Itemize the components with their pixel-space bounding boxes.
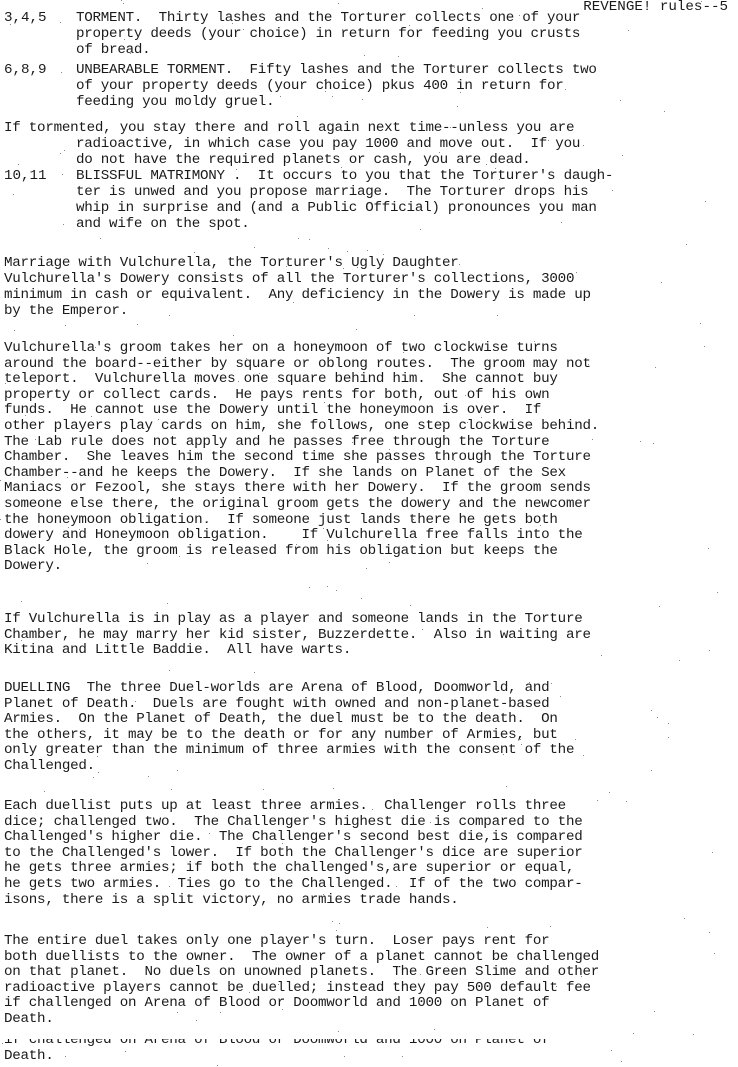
scan-speckle xyxy=(169,187,170,188)
scan-speckle xyxy=(409,25,410,26)
cut-off-line: if challenged on Arena of Blood or Doomw… xyxy=(4,1039,549,1048)
scan-speckle xyxy=(556,986,557,987)
scan-speckle xyxy=(450,409,451,410)
scan-speckle xyxy=(561,222,562,223)
scan-speckle xyxy=(654,1011,655,1012)
scan-speckle xyxy=(194,252,195,253)
duelling-line: only greater than the minimum of three a… xyxy=(4,743,574,758)
scan-speckle xyxy=(93,777,94,778)
scan-speckle xyxy=(454,460,455,461)
scan-speckle xyxy=(701,1,702,2)
scan-speckle xyxy=(10,24,11,25)
scan-speckle xyxy=(367,250,368,251)
groom-line: Chamber. She leaves him the second time … xyxy=(4,450,591,465)
scan-speckle xyxy=(254,750,255,751)
scan-speckle xyxy=(717,592,718,593)
scan-speckle xyxy=(203,376,204,377)
scan-speckle xyxy=(383,254,384,255)
scan-speckle xyxy=(57,937,58,938)
scan-speckle xyxy=(540,525,541,526)
scan-speckle xyxy=(422,629,423,630)
scan-speckle xyxy=(92,846,93,847)
page-header: REVENGE! rules--5 xyxy=(583,0,728,15)
scan-speckle xyxy=(316,747,317,748)
scan-speckle xyxy=(361,598,362,599)
scan-speckle xyxy=(454,67,455,68)
scan-speckle xyxy=(336,930,337,931)
scan-speckle xyxy=(366,568,367,569)
scan-speckle xyxy=(356,329,357,330)
scan-speckle xyxy=(576,272,577,273)
scan-speckle xyxy=(148,776,149,777)
scan-speckle xyxy=(60,22,61,23)
entire-line: radioactive players cannot be duelled; i… xyxy=(4,981,591,996)
scan-speckle xyxy=(282,1009,283,1010)
scan-speckle xyxy=(486,164,487,165)
document-page: REVENGE! rules--5 3,4,5 TORMENT. Thirty … xyxy=(0,0,738,1067)
scan-speckle xyxy=(254,247,255,248)
scan-speckle xyxy=(196,1020,197,1021)
scan-speckle xyxy=(668,737,669,738)
entire-line: on that planet. No duels on unowned plan… xyxy=(4,965,599,980)
scan-speckle xyxy=(628,30,629,31)
entire-line: if challenged on Arena of Blood or Doomw… xyxy=(4,996,549,1011)
scan-speckle xyxy=(465,395,466,396)
scan-speckle xyxy=(263,789,264,790)
scan-speckle xyxy=(704,346,705,347)
torment-line: property deeds (your choice) in return f… xyxy=(76,27,580,42)
scan-speckle xyxy=(37,375,38,376)
scan-speckle xyxy=(612,190,613,191)
scan-speckle xyxy=(339,551,340,552)
scan-speckle xyxy=(712,852,713,853)
scan-speckle xyxy=(319,715,320,716)
scan-speckle xyxy=(651,710,652,711)
scan-speckle xyxy=(575,739,576,740)
scan-speckle xyxy=(609,792,610,793)
scan-speckle xyxy=(352,442,353,443)
scan-speckle xyxy=(97,756,98,757)
scan-speckle xyxy=(679,660,680,661)
scan-speckle xyxy=(206,521,207,522)
scan-speckle xyxy=(65,1056,66,1057)
scan-speckle xyxy=(336,590,337,591)
scan-speckle xyxy=(179,556,180,557)
dice-line: he gets three armies; if both the challe… xyxy=(4,861,574,876)
groom-line: someone else there, the original groom g… xyxy=(4,497,591,512)
scan-speckle xyxy=(64,150,65,151)
scan-speckle xyxy=(467,422,468,423)
matrimony-line: and wife on the spot. xyxy=(76,217,250,232)
scan-speckle xyxy=(370,473,371,474)
scan-speckle xyxy=(362,99,363,100)
scan-speckle xyxy=(640,441,641,442)
scan-speckle xyxy=(21,530,22,531)
scan-speckle xyxy=(601,655,602,656)
scan-speckle xyxy=(396,886,397,887)
scan-speckle xyxy=(88,959,89,960)
scan-speckle xyxy=(169,886,170,887)
scan-speckle xyxy=(21,601,22,602)
scan-speckle xyxy=(47,379,48,380)
duelling-line: Challenged. xyxy=(4,759,95,774)
scan-speckle xyxy=(209,833,210,834)
groom-line: funds. He cannot use the Dowery until th… xyxy=(4,403,541,418)
scan-speckle xyxy=(553,834,554,835)
scan-speckle xyxy=(700,323,701,324)
scan-speckle xyxy=(357,267,358,268)
scan-speckle xyxy=(177,770,178,771)
scan-speckle xyxy=(410,605,411,606)
scan-speckle xyxy=(520,739,521,740)
scan-speckle xyxy=(338,3,339,4)
scan-speckle xyxy=(67,477,68,478)
scan-speckle xyxy=(367,749,368,750)
scan-speckle xyxy=(664,111,665,112)
dice-line: he gets two armies. Ties go to the Chall… xyxy=(4,877,582,892)
scan-speckle xyxy=(457,106,458,107)
scan-speckle xyxy=(220,1012,221,1013)
scan-speckle xyxy=(482,8,483,9)
scan-speckle xyxy=(12,838,13,839)
scan-speckle xyxy=(686,244,687,245)
scan-speckle xyxy=(123,3,124,4)
scan-speckle xyxy=(225,968,226,969)
scan-speckle xyxy=(169,315,170,316)
scan-speckle xyxy=(693,1034,694,1035)
scan-speckle xyxy=(651,770,652,771)
scan-speckle xyxy=(243,29,244,30)
scan-speckle xyxy=(325,91,326,92)
scan-speckle xyxy=(282,843,283,844)
scan-speckle xyxy=(389,562,390,563)
scan-speckle xyxy=(280,96,281,97)
torment-line: of bread. xyxy=(76,43,150,58)
duelling-line: DUELLING The three Duel-worlds are Arena… xyxy=(4,681,549,696)
scan-speckle xyxy=(287,34,288,35)
scan-speckle xyxy=(182,260,183,261)
marriage-line: Marriage with Vulchurella, the Torturer'… xyxy=(4,256,459,271)
scan-speckle xyxy=(2,1043,3,1044)
scan-speckle xyxy=(327,540,328,541)
scan-speckle xyxy=(468,885,469,886)
scan-speckle xyxy=(171,789,172,790)
scan-speckle xyxy=(95,347,96,348)
groom-line: The Lab rule does not apply and he passe… xyxy=(4,435,549,450)
scan-speckle xyxy=(434,438,435,439)
scan-speckle xyxy=(620,100,621,101)
duelling-line: the others, it may be to the death or fo… xyxy=(4,728,558,743)
scan-speckle xyxy=(323,894,324,895)
scan-speckle xyxy=(581,976,582,977)
scan-speckle xyxy=(233,335,234,336)
scan-speckle xyxy=(402,1056,403,1057)
scan-speckle xyxy=(708,548,709,549)
scan-speckle xyxy=(655,367,656,368)
scan-speckle xyxy=(503,754,504,755)
scan-speckle xyxy=(657,717,658,718)
scan-speckle xyxy=(222,412,223,413)
scan-speckle xyxy=(550,926,551,927)
scan-speckle xyxy=(255,1042,256,1043)
scan-speckle xyxy=(125,849,126,850)
scan-speckle xyxy=(434,1029,435,1030)
scan-speckle xyxy=(61,72,62,73)
duelling-line: Planet of Death. Duels are fought with o… xyxy=(4,697,549,712)
dice-line: Each duellist puts up at least three arm… xyxy=(4,799,566,814)
scan-speckle xyxy=(98,772,99,773)
scan-speckle xyxy=(412,869,413,870)
marriage-line: minimum in cash or equivalent. Any defic… xyxy=(4,288,591,303)
scan-speckle xyxy=(6,806,7,807)
scan-speckle xyxy=(236,169,237,170)
scan-speckle xyxy=(420,974,421,975)
scan-speckle xyxy=(14,330,15,331)
scan-speckle xyxy=(167,603,168,604)
scan-speckle xyxy=(62,174,63,175)
scan-speckle xyxy=(332,468,333,469)
scan-speckle xyxy=(705,201,706,202)
scan-speckle xyxy=(433,500,434,501)
scan-speckle xyxy=(296,544,297,545)
scan-speckle xyxy=(130,53,131,54)
scan-speckle xyxy=(249,992,250,993)
scan-speckle xyxy=(372,809,373,810)
tormented-line: If tormented, you stay there and roll ag… xyxy=(4,121,574,136)
scan-speckle xyxy=(502,690,503,691)
scan-speckle xyxy=(108,351,109,352)
scan-speckle xyxy=(76,483,77,484)
scan-speckle xyxy=(177,1012,178,1013)
scan-speckle xyxy=(297,116,298,117)
scan-speckle xyxy=(633,1033,634,1034)
scan-speckle xyxy=(481,417,482,418)
scan-speckle xyxy=(495,299,496,300)
scan-speckle xyxy=(60,153,61,154)
scan-speckle xyxy=(583,755,584,756)
groom-line: the honeymoon obligation. If someone jus… xyxy=(4,513,558,528)
groom-line: other players play cards on him, she fol… xyxy=(4,419,599,434)
scan-speckle xyxy=(63,224,64,225)
unbearable-line: feeding you moldy gruel. xyxy=(76,95,274,110)
scan-speckle xyxy=(230,871,231,872)
scan-speckle xyxy=(113,824,114,825)
scan-speckle xyxy=(347,251,348,252)
torment-line: TORMENT. Thirty lashes and the Torturer … xyxy=(76,11,580,26)
scan-speckle xyxy=(626,801,627,802)
scan-speckle xyxy=(232,23,233,24)
entire-line: Death. xyxy=(4,1012,54,1027)
scan-speckle xyxy=(158,419,159,420)
scan-speckle xyxy=(430,822,431,823)
scan-speckle xyxy=(560,696,561,697)
groom-line: property or collect cards. He pays rents… xyxy=(4,388,549,403)
scan-speckle xyxy=(439,152,440,153)
scan-speckle xyxy=(684,918,685,919)
scan-speckle xyxy=(534,341,535,342)
roll-numbers-matrimony: 10,11 xyxy=(4,169,47,184)
scan-speckle xyxy=(506,786,507,787)
duelling-line: Armies. On the Planet of Death, the duel… xyxy=(4,712,558,727)
scan-speckle xyxy=(588,364,589,365)
scan-speckle xyxy=(38,393,39,394)
scan-speckle xyxy=(332,921,333,922)
unbearable-line: of your property deeds (your choice) pku… xyxy=(76,79,564,94)
scan-speckle xyxy=(622,155,623,156)
dice-line: to the Challenged's lower. If both the C… xyxy=(4,846,582,861)
dice-line: isons, there is a split victory, no armi… xyxy=(4,893,459,908)
scan-speckle xyxy=(309,239,310,240)
scan-speckle xyxy=(35,439,36,440)
scan-speckle xyxy=(521,744,522,745)
dice-line: Challenged's higher die. The Challenger'… xyxy=(4,830,582,845)
scan-speckle xyxy=(124,39,125,40)
scan-speckle xyxy=(396,297,397,298)
scan-speckle xyxy=(459,264,460,265)
scan-speckle xyxy=(332,96,333,97)
groom-line: dowery and Honeymoon obligation. If Vulc… xyxy=(4,528,582,543)
scan-speckle xyxy=(65,325,66,326)
scan-speckle xyxy=(197,383,198,384)
sister-line: Chamber, he may marry her kid sister, Bu… xyxy=(4,628,591,643)
matrimony-line: BLISSFUL MATRIMONY . It occurs to you th… xyxy=(76,169,613,184)
scan-speckle xyxy=(583,145,584,146)
dice-line: dice; challenged two. The Challenger's h… xyxy=(4,815,582,830)
groom-line: Black Hole, the groom is released from h… xyxy=(4,544,558,559)
scan-speckle xyxy=(460,92,461,93)
scan-speckle xyxy=(293,302,294,303)
scan-speckle xyxy=(125,1051,126,1052)
scan-speckle xyxy=(398,966,399,967)
scan-speckle xyxy=(309,587,310,588)
scan-speckle xyxy=(597,800,598,801)
scan-speckle xyxy=(487,927,488,928)
scan-speckle xyxy=(364,55,365,56)
scan-speckle xyxy=(259,373,260,374)
scan-speckle xyxy=(324,402,325,403)
scan-speckle xyxy=(450,127,451,128)
scan-speckle xyxy=(65,376,66,377)
scan-speckle xyxy=(85,260,86,261)
scan-speckle xyxy=(414,315,415,316)
scan-speckle xyxy=(389,449,390,450)
scan-speckle xyxy=(203,624,204,625)
scan-speckle xyxy=(323,528,324,529)
scan-speckle xyxy=(21,640,22,641)
scan-speckle xyxy=(229,984,230,985)
scan-speckle xyxy=(328,248,329,249)
scan-speckle xyxy=(217,1065,218,1066)
scan-speckle xyxy=(341,167,342,168)
scan-speckle xyxy=(199,818,200,819)
scan-speckle xyxy=(286,266,287,267)
scan-speckle xyxy=(83,350,84,351)
scan-speckle xyxy=(169,670,170,671)
cut-off-text: if challenged on Arena of Blood or Doomw… xyxy=(4,1039,549,1048)
scan-speckle xyxy=(551,683,552,684)
scan-speckle xyxy=(44,791,45,792)
scan-speckle xyxy=(90,347,91,348)
scan-speckle xyxy=(238,381,239,382)
scan-speckle xyxy=(519,15,520,16)
scan-speckle xyxy=(592,439,593,440)
unbearable-line: UNBEARABLE TORMENT. Fifty lashes and the… xyxy=(76,63,597,78)
scan-speckle xyxy=(56,940,57,941)
scan-speckle xyxy=(25,415,26,416)
scan-speckle xyxy=(79,529,80,530)
scan-speckle xyxy=(488,532,489,533)
scan-speckle xyxy=(709,932,710,933)
scan-speckle xyxy=(432,470,433,471)
scan-speckle xyxy=(558,71,559,72)
scan-speckle xyxy=(5,383,6,384)
scan-speckle xyxy=(187,505,188,506)
scan-speckle xyxy=(98,13,99,14)
scan-speckle xyxy=(344,1056,345,1057)
scan-speckle xyxy=(611,1050,612,1051)
scan-speckle xyxy=(659,606,660,607)
scan-speckle xyxy=(403,352,404,353)
scan-speckle xyxy=(147,563,148,564)
scan-speckle xyxy=(0,519,1,520)
scan-speckle xyxy=(324,80,325,81)
scan-speckle xyxy=(495,168,496,169)
entire-line: The entire duel takes only one player's … xyxy=(4,934,549,949)
scan-speckle xyxy=(497,315,498,316)
tormented-line: do not have the required planets or cash… xyxy=(76,153,531,168)
scan-speckle xyxy=(13,194,14,195)
scan-speckle xyxy=(398,56,399,57)
groom-line: Dowery. xyxy=(4,559,62,574)
scan-speckle xyxy=(0,480,1,481)
scan-speckle xyxy=(9,261,10,262)
scan-speckle xyxy=(661,282,662,283)
matrimony-line: ter is unwed and you propose marriage. T… xyxy=(76,185,588,200)
scan-speckle xyxy=(18,164,19,165)
scan-speckle xyxy=(432,705,433,706)
scan-speckle xyxy=(327,586,328,587)
scan-speckle xyxy=(442,421,443,422)
scan-speckle xyxy=(389,1006,390,1007)
scan-speckle xyxy=(485,81,486,82)
scan-speckle xyxy=(58,988,59,989)
scan-speckle xyxy=(653,443,654,444)
tormented-line: radioactive, in which case you pay 1000 … xyxy=(76,137,580,152)
scan-speckle xyxy=(339,923,340,924)
scan-speckle xyxy=(668,723,669,724)
final-line: Death. xyxy=(4,1049,54,1064)
scan-speckle xyxy=(420,229,421,230)
marriage-line: Vulchurella's Dowery consists of all the… xyxy=(4,272,574,287)
scan-speckle xyxy=(41,273,42,274)
scan-speckle xyxy=(246,358,247,359)
scan-speckle xyxy=(91,416,92,417)
scan-speckle xyxy=(121,0,122,1)
scan-speckle xyxy=(254,445,255,446)
scan-speckle xyxy=(714,953,715,954)
scan-speckle xyxy=(333,788,334,789)
scan-speckle xyxy=(137,324,138,325)
scan-speckle xyxy=(298,238,299,239)
groom-line: teleport. Vulchurella moves one square b… xyxy=(4,372,558,387)
groom-line: around the board--either by square or ob… xyxy=(4,357,591,372)
sister-line: Kitina and Little Baddie. All have warts… xyxy=(4,643,351,658)
scan-speckle xyxy=(548,140,549,141)
scan-speckle xyxy=(100,238,101,239)
marriage-line: by the Emperor. xyxy=(4,304,128,319)
scan-speckle xyxy=(565,89,566,90)
scan-speckle xyxy=(444,428,445,429)
